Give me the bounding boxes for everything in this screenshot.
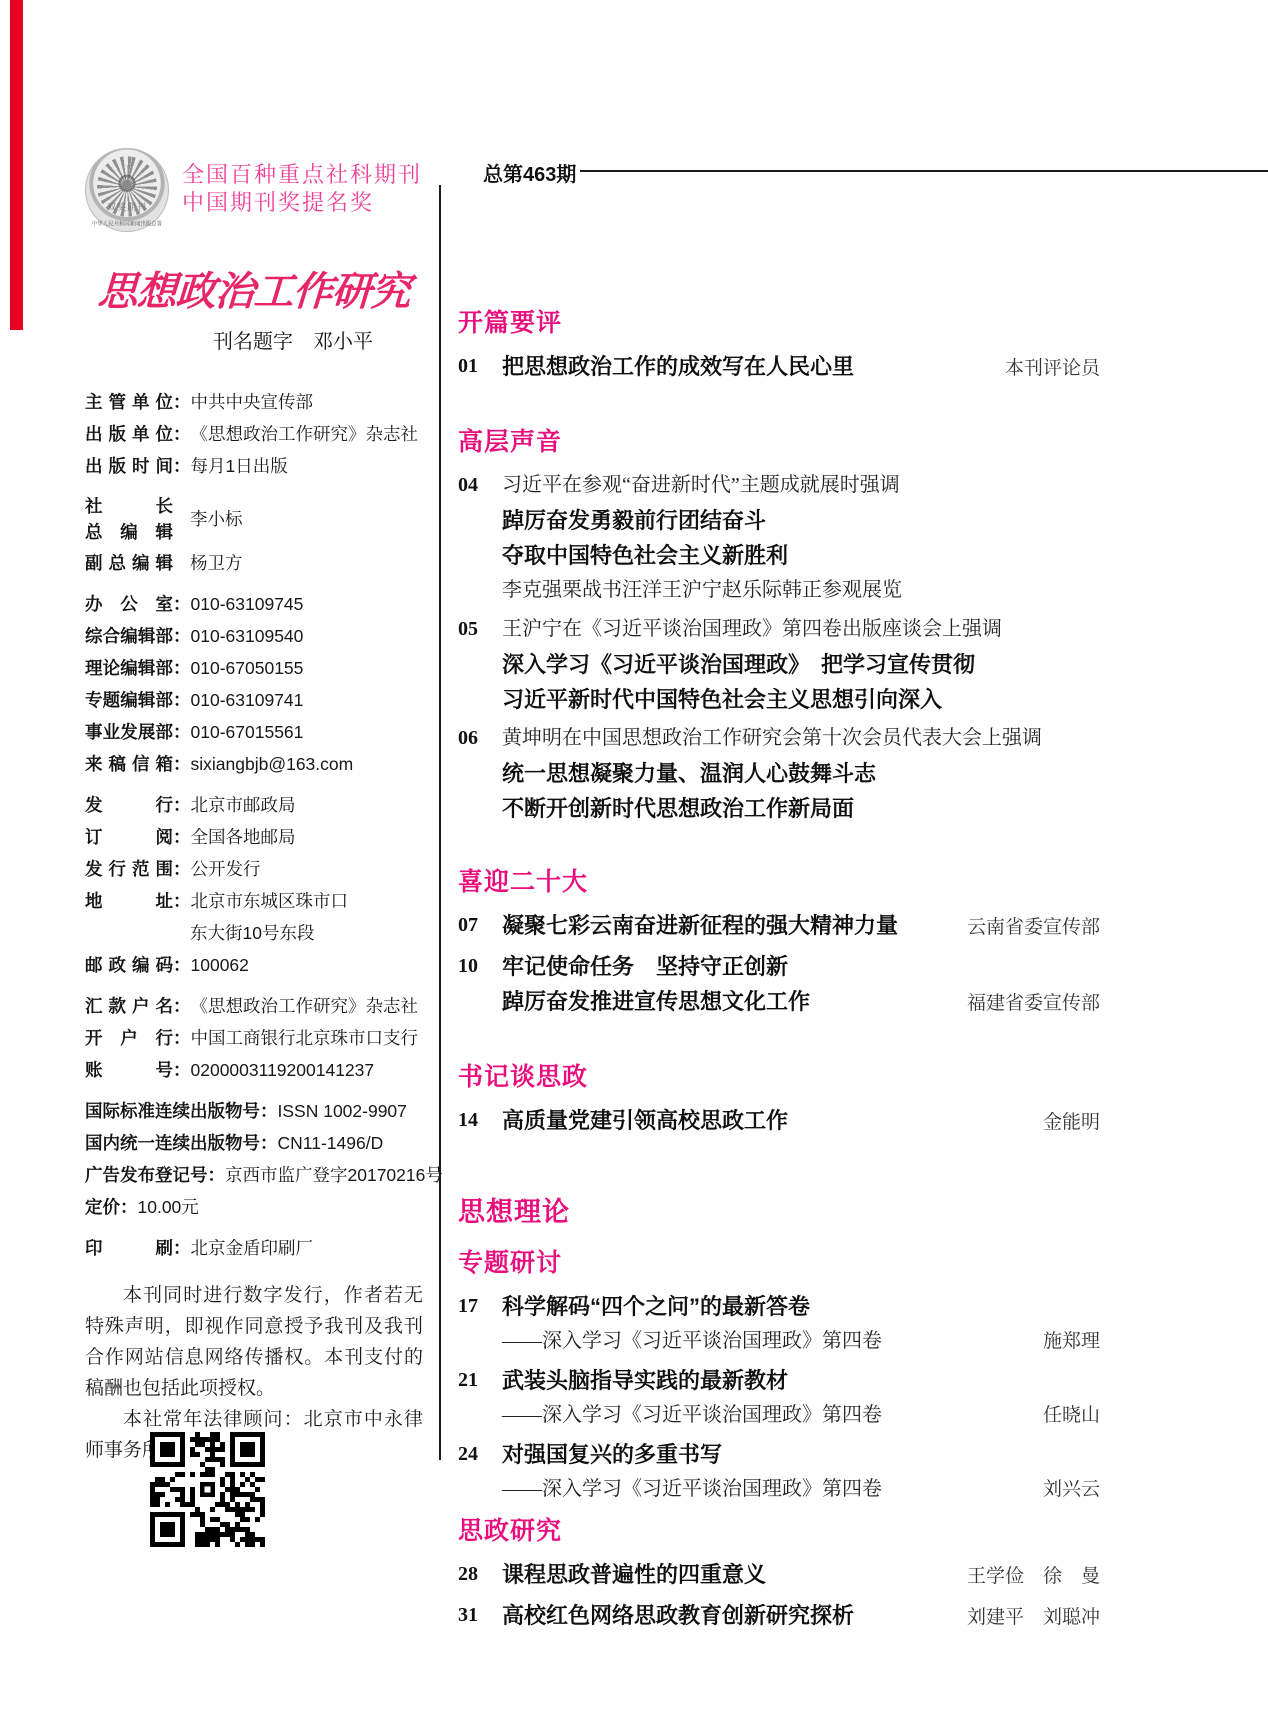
- info-value: 北京市邮政局: [191, 795, 296, 815]
- toc-section: 思政研究28课程思政普遍性的四重意义王学俭 徐 曼31高校红色网络思政教育创新研…: [458, 1511, 1100, 1635]
- entry-line: 习近平在参观“奋进新时代”主题成就展时强调: [502, 468, 1100, 503]
- info-separator: ：: [173, 885, 191, 917]
- info-label: 综合编辑部: [85, 620, 173, 652]
- info-label: 广告发布登记号: [85, 1165, 208, 1185]
- qr-code: [150, 1432, 265, 1547]
- entry-lines: 科学解码“四个之问”的最新答卷——深入学习《习近平谈治国理政》第四卷施郑理: [502, 1289, 1100, 1359]
- toc-entry: 07凝聚七彩云南奋进新征程的强大精神力量云南省委宣传部: [458, 908, 1100, 945]
- masthead-info-line: 印刷：北京金盾印刷厂: [85, 1232, 423, 1264]
- info-value: 北京金盾印刷厂: [191, 1238, 314, 1258]
- info-value: sixiangbjb@163.com: [191, 754, 354, 774]
- page-number: 21: [458, 1363, 502, 1433]
- masthead-info-line: 办公室：010-63109745: [85, 588, 423, 620]
- entry-line: ——深入学习《习近平谈治国理政》第四卷任晓山: [502, 1398, 1100, 1433]
- entry-line: 课程思政普遍性的四重意义王学俭 徐 曼: [502, 1557, 1100, 1594]
- page-number: 24: [458, 1437, 502, 1507]
- entry-title: 习近平新时代中国特色社会主义思想引向深入: [502, 682, 942, 717]
- entry-line: 踔厉奋发推进宣传思想文化工作福建省委宣传部: [502, 984, 1100, 1021]
- entry-line: 王沪宁在《习近平谈治国理政》第四卷出版座谈会上强调: [502, 612, 1100, 647]
- info-label: 总编辑: [85, 519, 173, 545]
- award-titles: 全国百种重点社科期刊 中国期刊奖提名奖: [182, 161, 422, 217]
- section-header: 书记谈思政: [458, 1057, 1100, 1093]
- info-value: 010-67050155: [191, 658, 304, 678]
- info-separator: ：: [173, 620, 191, 652]
- masthead-info-line: 主管单位：中共中央宣传部: [85, 386, 423, 418]
- section-header: 思政研究: [458, 1511, 1100, 1547]
- masthead-info-line: 综合编辑部：010-63109540: [85, 620, 423, 652]
- header-rule-line: [580, 170, 1268, 172]
- info-separator: ：: [173, 716, 191, 748]
- entry-lines: 对强国复兴的多重书写——深入学习《习近平谈治国理政》第四卷刘兴云: [502, 1437, 1100, 1507]
- spacer: [85, 1223, 423, 1232]
- entry-author: 施郑理: [1043, 1324, 1100, 1359]
- entry-line: ——深入学习《习近平谈治国理政》第四卷刘兴云: [502, 1472, 1100, 1507]
- entry-title: 课程思政普遍性的四重意义: [502, 1557, 766, 1592]
- info-label: 国内统一连续出版物号: [85, 1133, 260, 1153]
- info-label: 开户行: [85, 1022, 173, 1054]
- toc-section: 开篇要评01把思想政治工作的成效写在人民心里本刊评论员: [458, 303, 1100, 386]
- info-label: 专题编辑部: [85, 684, 173, 716]
- info-separator: ：: [173, 418, 191, 450]
- entry-line: 统一思想凝聚力量、温润人心鼓舞斗志: [502, 756, 1100, 791]
- info-value: 京西市监广登字20170216号: [225, 1165, 443, 1185]
- toc-entry: 31高校红色网络思政教育创新研究探析刘建平 刘聪冲: [458, 1598, 1100, 1635]
- entry-lines: 课程思政普遍性的四重意义王学俭 徐 曼: [502, 1557, 1100, 1594]
- info-label: 副总编辑: [85, 547, 173, 579]
- info-label: 发行: [85, 789, 173, 821]
- info-label: 国际标准连续出版物号: [85, 1101, 260, 1121]
- masthead-info-line: 发行范围：公开发行: [85, 853, 423, 885]
- toc-section: 思想理论: [458, 1190, 1100, 1229]
- entry-line: 把思想政治工作的成效写在人民心里本刊评论员: [502, 349, 1100, 386]
- info-separator: ：: [173, 386, 191, 418]
- entry-line: 对强国复兴的多重书写: [502, 1437, 1100, 1472]
- magazine-toc-page: 双奖期刊 中华人民共和国新闻出版总署 全国百种重点社科期刊 中国期刊奖提名奖 思…: [0, 0, 1268, 1721]
- entry-title: ——深入学习《习近平谈治国理政》第四卷: [502, 1472, 882, 1507]
- masthead-info-line: 开户行：中国工商银行北京珠市口支行: [85, 1022, 423, 1054]
- info-value: 010-63109741: [191, 690, 304, 710]
- entry-author: 刘兴云: [1043, 1472, 1100, 1507]
- info-label: 来稿信箱: [85, 748, 173, 780]
- page-number: 05: [458, 612, 502, 717]
- masthead-info-line: 出版时间：每月1日出版: [85, 450, 423, 482]
- section-header: 思想理论: [458, 1190, 1100, 1229]
- entry-title: 踔厉奋发推进宣传思想文化工作: [502, 984, 810, 1019]
- page-number: 01: [458, 349, 502, 386]
- page-number: 06: [458, 721, 502, 826]
- entry-lines: 黄坤明在中国思想政治工作研究会第十次会员代表大会上强调统一思想凝聚力量、温润人心…: [502, 721, 1100, 826]
- info-value: 每月1日出版: [191, 456, 288, 476]
- info-label: 订阅: [85, 821, 173, 853]
- info-value: 0200003119200141237: [191, 1060, 375, 1080]
- entry-line: 不断开创新时代思想政治工作新局面: [502, 791, 1100, 826]
- info-separator: ：: [208, 1159, 226, 1191]
- entry-title: 牢记使命任务 坚持守正创新: [502, 949, 788, 984]
- info-value: 杨卫方: [190, 553, 243, 573]
- page-number: 04: [458, 468, 502, 608]
- entry-title: 凝聚七彩云南奋进新征程的强大精神力量: [502, 908, 898, 943]
- entry-title: 统一思想凝聚力量、温润人心鼓舞斗志: [502, 756, 876, 791]
- info-value: 010-63109745: [191, 594, 304, 614]
- masthead-info-line: 来稿信箱：sixiangbjb@163.com: [85, 748, 423, 780]
- entry-lines: 凝聚七彩云南奋进新征程的强大精神力量云南省委宣传部: [502, 908, 1100, 945]
- info-label: 发行范围: [85, 853, 173, 885]
- entry-title: 科学解码“四个之问”的最新答卷: [502, 1289, 810, 1324]
- entry-lines: 高校红色网络思政教育创新研究探析刘建平 刘聪冲: [502, 1598, 1100, 1635]
- entry-lines: 习近平在参观“奋进新时代”主题成就展时强调踔厉奋发勇毅前行团结奋斗夺取中国特色社…: [502, 468, 1100, 608]
- info-label: 印刷: [85, 1232, 173, 1264]
- section-header: 高层声音: [458, 422, 1100, 458]
- entry-title: 李克强栗战书汪洋王沪宁赵乐际韩正参观展览: [502, 573, 902, 608]
- entry-title: 高质量党建引领高校思政工作: [502, 1103, 788, 1138]
- entry-lines: 高质量党建引领高校思政工作金能明: [502, 1103, 1100, 1140]
- entry-line: 踔厉奋发勇毅前行团结奋斗: [502, 503, 1100, 538]
- info-value: 李小标: [190, 506, 243, 532]
- info-separator: ：: [173, 990, 191, 1022]
- page-number: 28: [458, 1557, 502, 1594]
- info-label: 地址: [85, 885, 173, 917]
- toc-entry: 14高质量党建引领高校思政工作金能明: [458, 1103, 1100, 1140]
- toc-entry: 01把思想政治工作的成效写在人民心里本刊评论员: [458, 349, 1100, 386]
- award-line-1: 全国百种重点社科期刊: [182, 161, 422, 189]
- entry-title: 黄坤明在中国思想政治工作研究会第十次会员代表大会上强调: [502, 721, 1042, 756]
- masthead-info-line: 订阅：全国各地邮局: [85, 821, 423, 853]
- entry-line: 黄坤明在中国思想政治工作研究会第十次会员代表大会上强调: [502, 721, 1100, 756]
- masthead-info: 主管单位：中共中央宣传部出版单位：《思想政治工作研究》杂志社出版时间：每月1日出…: [85, 386, 423, 1264]
- spacer: [85, 579, 423, 588]
- entry-lines: 武装头脑指导实践的最新教材——深入学习《习近平谈治国理政》第四卷任晓山: [502, 1363, 1100, 1433]
- journal-title-calligraphy: 思想政治工作研究: [84, 260, 425, 317]
- masthead-info-line: 汇款户名：《思想政治工作研究》杂志社: [85, 990, 423, 1022]
- masthead-info-line: 东大街10号东段: [85, 917, 423, 949]
- section-header: 喜迎二十大: [458, 862, 1100, 898]
- info-separator: ：: [173, 748, 191, 780]
- info-separator: ：: [173, 652, 191, 684]
- info-separator: ：: [260, 1127, 278, 1159]
- entry-author: 云南省委宣传部: [967, 910, 1100, 945]
- medal-arc-text: 中华人民共和国新闻出版总署: [89, 219, 165, 227]
- info-label: 事业发展部: [85, 716, 173, 748]
- info-label: 定价: [85, 1197, 120, 1217]
- info-separator: ：: [173, 789, 191, 821]
- entry-title: 习近平在参观“奋进新时代”主题成就展时强调: [502, 468, 900, 503]
- info-label-group: 社长总编辑: [85, 493, 173, 545]
- award-medal-logo: 双奖期刊 中华人民共和国新闻出版总署: [85, 148, 169, 232]
- entry-line: 牢记使命任务 坚持守正创新: [502, 949, 1100, 984]
- toc-entry: 05王沪宁在《习近平谈治国理政》第四卷出版座谈会上强调深入学习《习近平谈治国理政…: [458, 612, 1100, 717]
- info-value: 010-67015561: [191, 722, 304, 742]
- toc-entry: 17科学解码“四个之问”的最新答卷——深入学习《习近平谈治国理政》第四卷施郑理: [458, 1289, 1100, 1359]
- toc-entry: 06黄坤明在中国思想政治工作研究会第十次会员代表大会上强调统一思想凝聚力量、温润…: [458, 721, 1100, 826]
- section-header: 开篇要评: [458, 303, 1100, 339]
- info-value: 全国各地邮局: [191, 827, 296, 847]
- info-separator: ：: [173, 588, 191, 620]
- entry-title: ——深入学习《习近平谈治国理政》第四卷: [502, 1324, 882, 1359]
- entry-author: 任晓山: [1043, 1398, 1100, 1433]
- entry-title: 深入学习《习近平谈治国理政》 把学习宣传贯彻: [502, 647, 975, 682]
- medal-center-dot: [122, 180, 132, 190]
- masthead-info-line: 定价：10.00元: [85, 1191, 423, 1223]
- masthead-info-line: 地址：北京市东城区珠市口: [85, 885, 423, 917]
- entry-line: 深入学习《习近平谈治国理政》 把学习宣传贯彻: [502, 647, 1100, 682]
- entry-line: 武装头脑指导实践的最新教材: [502, 1363, 1100, 1398]
- entry-lines: 王沪宁在《习近平谈治国理政》第四卷出版座谈会上强调深入学习《习近平谈治国理政》 …: [502, 612, 1100, 717]
- entry-title: 对强国复兴的多重书写: [502, 1437, 722, 1472]
- entry-author: 福建省委宣传部: [967, 986, 1100, 1021]
- table-of-contents: 开篇要评01把思想政治工作的成效写在人民心里本刊评论员高层声音04习近平在参观“…: [458, 303, 1100, 1639]
- spacer: [85, 981, 423, 990]
- column-divider-line: [439, 185, 441, 1460]
- entry-title: 不断开创新时代思想政治工作新局面: [502, 791, 854, 826]
- info-label: 办公室: [85, 588, 173, 620]
- info-separator: ：: [120, 1191, 138, 1223]
- entry-line: 李克强栗战书汪洋王沪宁赵乐际韩正参观展览: [502, 573, 1100, 608]
- masthead-info-line: 理论编辑部：010-67050155: [85, 652, 423, 684]
- entry-lines: 把思想政治工作的成效写在人民心里本刊评论员: [502, 349, 1100, 386]
- toc-entry: 24对强国复兴的多重书写——深入学习《习近平谈治国理政》第四卷刘兴云: [458, 1437, 1100, 1507]
- info-label: 社长: [85, 493, 173, 519]
- info-value: ISSN 1002-9907: [278, 1101, 407, 1121]
- toc-section: 书记谈思政14高质量党建引领高校思政工作金能明: [458, 1057, 1100, 1140]
- info-label: 出版单位: [85, 418, 173, 450]
- info-separator: ：: [173, 1232, 191, 1264]
- masthead-info-line: 副总编辑杨卫方: [85, 547, 423, 579]
- masthead-info-line: 出版单位：《思想政治工作研究》杂志社: [85, 418, 423, 450]
- title-byline: 刊名题字 邓小平: [85, 325, 423, 354]
- page-number: 14: [458, 1103, 502, 1140]
- masthead-info-line: 发行：北京市邮政局: [85, 789, 423, 821]
- info-value: 北京市东城区珠市口: [191, 891, 349, 911]
- entry-title: 高校红色网络思政教育创新研究探析: [502, 1598, 854, 1633]
- info-value: 《思想政治工作研究》杂志社: [191, 996, 419, 1016]
- red-bleed-tab: [10, 0, 23, 330]
- page-number: 07: [458, 908, 502, 945]
- entry-line: 科学解码“四个之问”的最新答卷: [502, 1289, 1100, 1324]
- info-value: 《思想政治工作研究》杂志社: [191, 424, 419, 444]
- toc-entry: 28课程思政普遍性的四重意义王学俭 徐 曼: [458, 1557, 1100, 1594]
- toc-section: 专题研讨17科学解码“四个之问”的最新答卷——深入学习《习近平谈治国理政》第四卷…: [458, 1243, 1100, 1507]
- info-value: 10.00元: [138, 1197, 199, 1217]
- page-number: 17: [458, 1289, 502, 1359]
- entry-title: ——深入学习《习近平谈治国理政》第四卷: [502, 1398, 882, 1433]
- info-label: 账号: [85, 1054, 173, 1086]
- toc-entry: 04习近平在参观“奋进新时代”主题成就展时强调踔厉奋发勇毅前行团结奋斗夺取中国特…: [458, 468, 1100, 608]
- info-label: 主管单位: [85, 386, 173, 418]
- masthead-info-line: 账号：0200003119200141237: [85, 1054, 423, 1086]
- masthead-column: 双奖期刊 中华人民共和国新闻出版总署 全国百种重点社科期刊 中国期刊奖提名奖 思…: [85, 148, 423, 1466]
- info-separator: ：: [173, 949, 191, 981]
- award-row: 双奖期刊 中华人民共和国新闻出版总署 全国百种重点社科期刊 中国期刊奖提名奖: [85, 148, 423, 232]
- info-value: CN11-1496/D: [278, 1133, 384, 1153]
- info-value: 中国工商银行北京珠市口支行: [191, 1028, 419, 1048]
- info-label: 理论编辑部: [85, 652, 173, 684]
- entry-line: ——深入学习《习近平谈治国理政》第四卷施郑理: [502, 1324, 1100, 1359]
- spacer: [85, 482, 423, 491]
- info-separator: ：: [173, 853, 191, 885]
- toc-section: 喜迎二十大07凝聚七彩云南奋进新征程的强大精神力量云南省委宣传部10牢记使命任务…: [458, 862, 1100, 1021]
- entry-line: 凝聚七彩云南奋进新征程的强大精神力量云南省委宣传部: [502, 908, 1100, 945]
- toc-entry: 10牢记使命任务 坚持守正创新踔厉奋发推进宣传思想文化工作福建省委宣传部: [458, 949, 1100, 1021]
- entry-lines: 牢记使命任务 坚持守正创新踔厉奋发推进宣传思想文化工作福建省委宣传部: [502, 949, 1100, 1021]
- page-number: 10: [458, 949, 502, 1021]
- entry-author: 刘建平 刘聪冲: [967, 1600, 1100, 1635]
- info-value: 公开发行: [191, 859, 261, 879]
- entry-author: 本刊评论员: [1005, 351, 1100, 386]
- issue-number-label: 总第463期: [483, 158, 576, 187]
- masthead-info-line: 广告发布登记号：京西市监广登字20170216号: [85, 1159, 423, 1191]
- masthead-info-line: 事业发展部：010-67015561: [85, 716, 423, 748]
- award-line-2: 中国期刊奖提名奖: [182, 189, 422, 217]
- entry-line: 高校红色网络思政教育创新研究探析刘建平 刘聪冲: [502, 1598, 1100, 1635]
- entry-author: 王学俭 徐 曼: [967, 1559, 1100, 1594]
- spacer: [85, 1086, 423, 1095]
- medal-band-text: 双奖期刊: [85, 200, 169, 213]
- info-value: 东大街10号东段: [190, 923, 314, 943]
- toc-entry: 21武装头脑指导实践的最新教材——深入学习《习近平谈治国理政》第四卷任晓山: [458, 1363, 1100, 1433]
- info-value: 010-63109540: [191, 626, 304, 646]
- entry-author: 金能明: [1043, 1105, 1100, 1140]
- entry-title: 武装头脑指导实践的最新教材: [502, 1363, 788, 1398]
- info-separator: ：: [173, 684, 191, 716]
- entry-title: 夺取中国特色社会主义新胜利: [502, 538, 788, 573]
- info-separator: ：: [173, 1022, 191, 1054]
- info-value: 中共中央宣传部: [191, 392, 314, 412]
- entry-title: 王沪宁在《习近平谈治国理政》第四卷出版座谈会上强调: [502, 612, 1002, 647]
- entry-line: 高质量党建引领高校思政工作金能明: [502, 1103, 1100, 1140]
- toc-section: 高层声音04习近平在参观“奋进新时代”主题成就展时强调踔厉奋发勇毅前行团结奋斗夺…: [458, 422, 1100, 826]
- info-label: 汇款户名: [85, 990, 173, 1022]
- entry-line: 夺取中国特色社会主义新胜利: [502, 538, 1100, 573]
- masthead-info-line: 专题编辑部：010-63109741: [85, 684, 423, 716]
- info-separator: ：: [173, 450, 191, 482]
- masthead-info-line: 社长总编辑李小标: [85, 493, 423, 545]
- masthead-info-line: 国际标准连续出版物号：ISSN 1002-9907: [85, 1095, 423, 1127]
- info-label: 出版时间: [85, 450, 173, 482]
- masthead-info-line: 邮政编码：100062: [85, 949, 423, 981]
- info-value: 100062: [191, 955, 249, 975]
- info-separator: ：: [173, 1054, 191, 1086]
- info-separator: ：: [173, 821, 191, 853]
- entry-line: 习近平新时代中国特色社会主义思想引向深入: [502, 682, 1100, 717]
- masthead-info-line: 国内统一连续出版物号：CN11-1496/D: [85, 1127, 423, 1159]
- entry-title: 踔厉奋发勇毅前行团结奋斗: [502, 503, 766, 538]
- info-label: 邮政编码: [85, 949, 173, 981]
- digital-distribution-note: 本刊同时进行数字发行，作者若无特殊声明，即视作同意授予我刊及我刊合作网站信息网络…: [85, 1280, 423, 1404]
- info-separator: ：: [260, 1095, 278, 1127]
- spacer: [85, 780, 423, 789]
- section-header: 专题研讨: [458, 1243, 1100, 1279]
- page-number: 31: [458, 1598, 502, 1635]
- entry-title: 把思想政治工作的成效写在人民心里: [502, 349, 854, 384]
